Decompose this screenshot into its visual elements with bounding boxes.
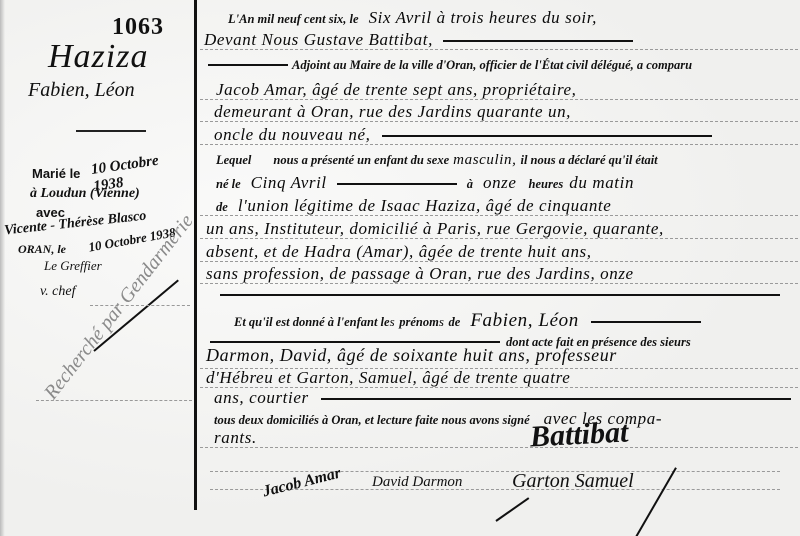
handwritten-text: Fabien, Léon: [470, 310, 579, 331]
printed-text: nous a présenté un enfant du sexe: [273, 153, 449, 167]
printed-text: prénom: [399, 315, 439, 329]
fill-line: [208, 64, 288, 66]
handwritten-text: rants.: [214, 428, 257, 447]
margin-column: 1063 Haziza Fabien, Léon Marié le 10 Oct…: [0, 0, 192, 536]
handwritten-text: absent, et de Hadra (Amar), âgée de tren…: [206, 242, 592, 261]
handwritten-text: Cinq Avril: [251, 173, 327, 192]
text-line: Adjoint au Maire de la ville d'Oran, off…: [200, 56, 798, 78]
fill-line: [321, 398, 791, 400]
act-number: 1063: [112, 14, 164, 41]
handwritten-text: Darmon, David, âgé de soixante huit ans,…: [206, 345, 617, 365]
handwritten-text: s: [439, 314, 445, 329]
handwritten-text: du matin: [569, 173, 634, 192]
handwritten-text: l'union légitime de Isaac Haziza, âgé de…: [238, 196, 612, 215]
fill-line: [443, 40, 633, 42]
printed-text: Et qu'il est donné à l'enfant le: [234, 315, 390, 329]
handwritten-text: ans, courtier: [214, 388, 309, 407]
text-line: Et qu'il est donné à l'enfant les prénom…: [200, 310, 798, 332]
text-line: sans profession, de passage à Oran, rue …: [200, 264, 798, 286]
handwritten-text: Jacob Amar, âgé de trente sept ans, prop…: [216, 80, 577, 99]
clerk-paraph: v. chef: [40, 284, 76, 300]
margin-divider: [76, 130, 146, 132]
text-line: oncle du nouveau né,: [200, 125, 798, 147]
text-line: Lequel nous a présenté un enfant du sexe…: [200, 151, 798, 173]
text-line: Devant Nous Gustave Battibat,: [200, 30, 798, 52]
handwritten-text: demeurant à Oran, rue des Jardins quaran…: [214, 102, 571, 121]
printed-text: Adjoint au Maire de la ville d'Oran, off…: [292, 58, 692, 72]
child-given-names: Fabien, Léon: [28, 79, 135, 102]
witness-2-signature: Garton Samuel: [512, 470, 634, 493]
child-surname: Haziza: [48, 38, 148, 76]
printed-text: heures: [529, 177, 564, 191]
printed-text: il nous a déclaré qu'il était: [520, 153, 657, 167]
fill-line: [210, 341, 500, 343]
printed-text: à: [467, 177, 473, 191]
text-line: de l'union légitime de Isaac Haziza, âgé…: [200, 196, 798, 218]
marriage-place: à Loudun (Vienne): [30, 186, 140, 202]
officer-signature: Battibat: [529, 415, 629, 454]
printed-text: tous deux domiciliés à Oran, et lecture …: [214, 413, 530, 427]
witness-1-signature: David Darmon: [372, 474, 462, 491]
margin-border: [194, 0, 197, 510]
text-line: un ans, Instituteur, domicilié à Paris, …: [200, 219, 798, 241]
handwritten-text: Six Avril à trois heures du soir,: [369, 8, 597, 27]
text-line: absent, et de Hadra (Amar), âgée de tren…: [200, 242, 798, 264]
registry-place-label: ORAN, le: [18, 242, 66, 257]
printed-text: Lequel: [216, 153, 251, 167]
printed-text: L'An mil neuf cent six, le: [228, 12, 359, 26]
text-line: demeurant à Oran, rue des Jardins quaran…: [200, 102, 798, 124]
handwritten-text: Devant Nous Gustave Battibat,: [204, 30, 433, 49]
fill-line: [591, 321, 701, 323]
printed-text: de: [216, 200, 228, 214]
text-line: [200, 286, 798, 308]
handwritten-text: oncle du nouveau né,: [214, 125, 370, 144]
text-line: Jacob Amar, âgé de trente sept ans, prop…: [200, 80, 798, 102]
handwritten-text: d'Hébreu et Garton, Samuel, âgé de trent…: [206, 368, 570, 387]
text-line: ans, courtier: [200, 388, 798, 410]
fill-line: [220, 294, 780, 296]
handwritten-text: s: [390, 314, 396, 329]
text-line: rants.: [200, 428, 798, 450]
handwritten-text: masculin,: [453, 152, 516, 168]
text-line: L'An mil neuf cent six, le Six Avril à t…: [200, 8, 798, 30]
married-label: Marié le: [32, 166, 80, 181]
text-line: d'Hébreu et Garton, Samuel, âgé de trent…: [200, 368, 798, 390]
clerk-label: Le Greffier: [44, 258, 102, 274]
fill-line: [337, 183, 457, 185]
handwritten-text: sans profession, de passage à Oran, rue …: [206, 264, 634, 283]
fill-line: [382, 135, 712, 137]
signature-flourish: [495, 497, 529, 522]
handwritten-text: un ans, Instituteur, domicilié à Paris, …: [206, 219, 664, 238]
printed-text: de: [449, 315, 461, 329]
civil-register-page: 1063 Haziza Fabien, Léon Marié le 10 Oct…: [0, 0, 800, 536]
printed-text: né le: [216, 177, 241, 191]
handwritten-text: onze: [483, 173, 517, 192]
text-line: né le Cinq Avril à onze heures du matin: [200, 173, 798, 195]
